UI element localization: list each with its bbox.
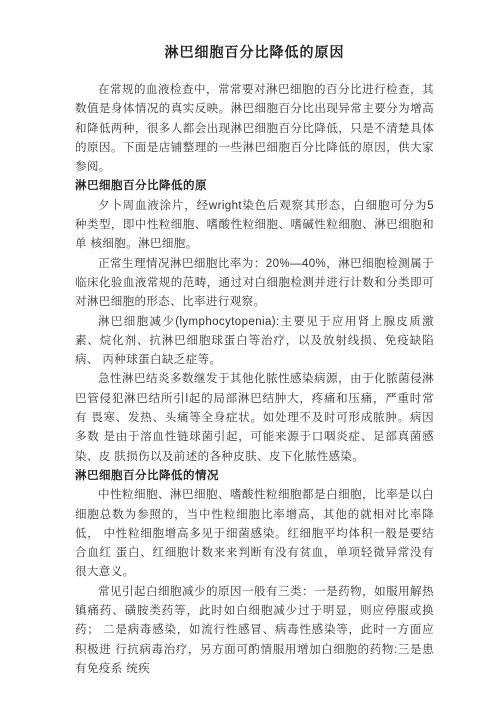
section1-paragraph-4: 急性淋巴结炎多数继发于其他化脓性感染病源，由于化脓菌侵淋 巴管侵犯淋巴结所引l起… [75, 370, 434, 466]
section2-paragraph-1: 中性粒细胞、淋巴细胞、嗜酸性粒细胞都是白细胞，比率是以白 细胞总数为参照的，当中… [75, 486, 434, 582]
section2-paragraph-2: 常见引起白细胞减少的原因一般有三类：一是药物，如服用解热 镇痛药、磺胺类药等，此… [75, 583, 434, 679]
document-page: 淋巴细胞百分比降低的原因 在常规的血液检查中，常常要对淋巴细胞的百分比进行检查，… [0, 0, 500, 707]
section1-paragraph-1: 夕卜周血液涂片，经wright染色后观察其形态，白细胞可分为5种类型，即中性粒细… [75, 197, 434, 255]
section1-paragraph-3: 淋巴细胞减少(lymphocytopenia):主要见于应用肾上腺皮质激 素、烷… [75, 313, 434, 371]
section1-paragraph-2: 正常生理情况淋巴细胞比率为：20%—40%，淋巴细胞检测属于临床化验血液常规的范… [75, 255, 434, 313]
intro-paragraph: 在常规的血液检查中，常常要对淋巴细胞的百分比进行检查，其 数值是身体情况的真实反… [75, 81, 434, 177]
section1-heading: 淋巴细胞百分比降低的原 [75, 177, 434, 196]
section2-heading: 淋巴细胞百分比降低的情况 [75, 467, 434, 486]
document-title: 淋巴细胞百分比降低的原因 [75, 42, 434, 62]
